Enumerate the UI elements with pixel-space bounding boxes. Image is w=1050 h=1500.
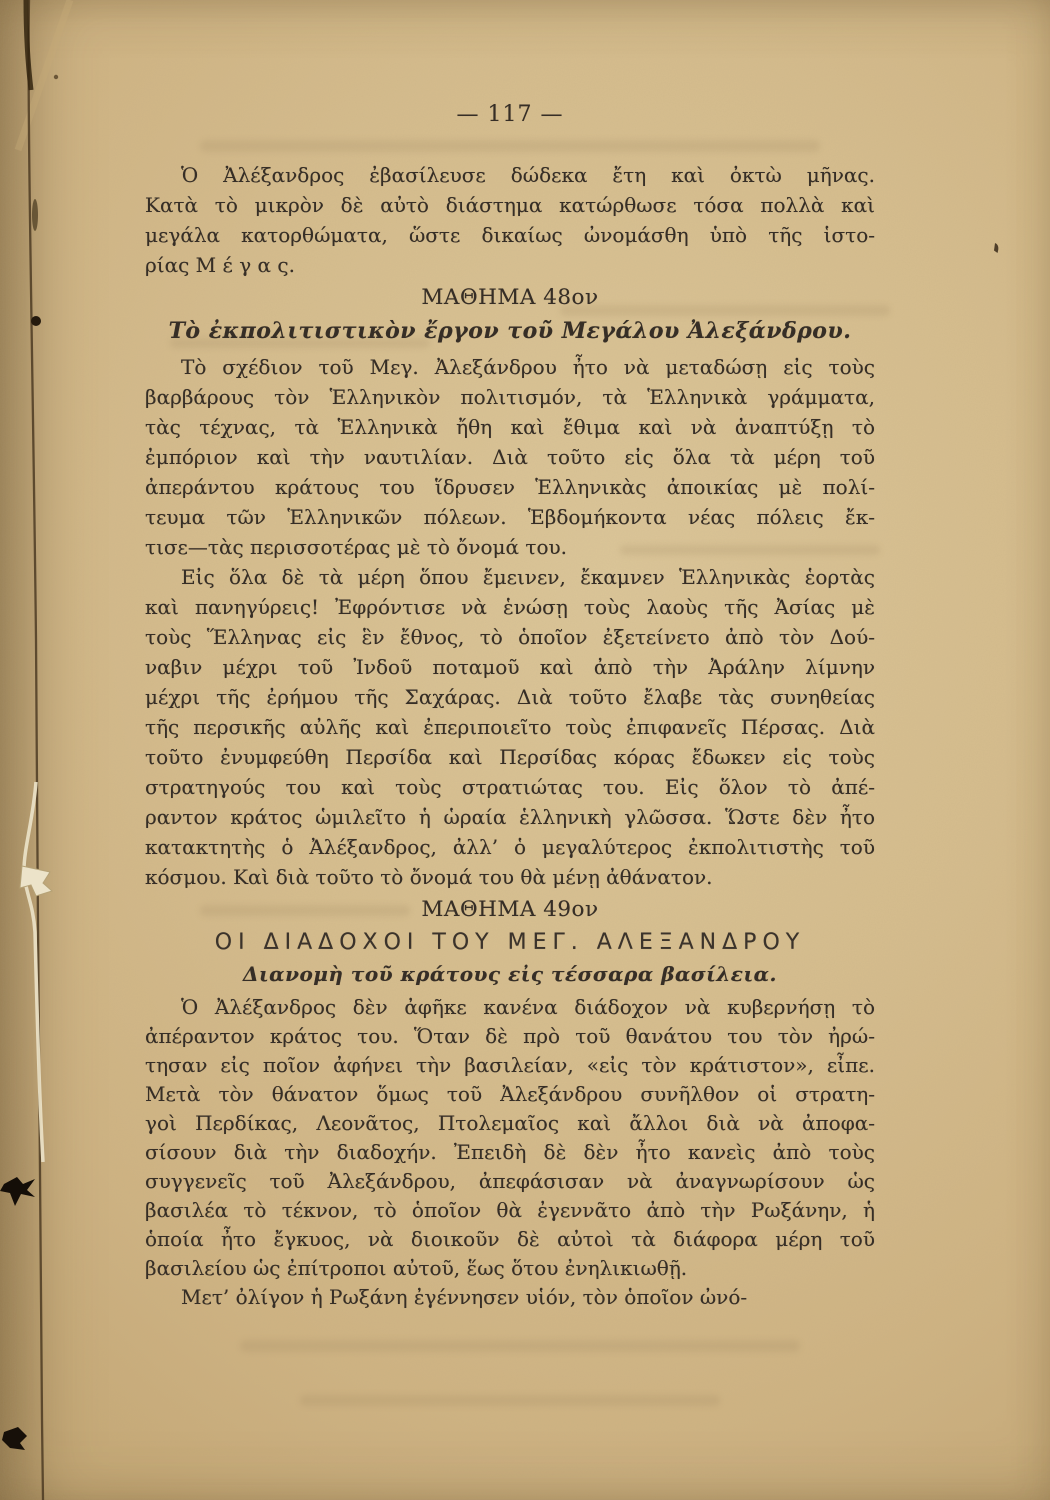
lesson-49-title: ΟΙ ΔΙΑΔΟΧΟΙ ΤΟΥ ΜΕΓ. ΑΛΕΞΑΝΔΡΟΥ [145, 927, 875, 959]
ink-blot-cross [0, 1177, 35, 1206]
book-page: — 117 — Ὁ Ἀλέξανδρος ἐβασίλευσε δώδεκα ἔ… [0, 0, 1050, 1500]
text-line: Τὸ σχέδιον τοῦ Μεγ. Ἀλεξάνδρου ἦτο νὰ με… [145, 352, 875, 382]
text-line: Ὁ Ἀλέξανδρος ἐβασίλευσε δώδεκα ἔτη καὶ ὀ… [145, 160, 875, 190]
text-line: ἀπέραντον κράτος του. Ὅταν δὲ πρὸ τοῦ θα… [145, 1022, 875, 1051]
text-line: γοὶ Περδίκας, Λεονᾶτος, Πτολεμαῖος καὶ ἄ… [145, 1109, 875, 1138]
lesson-49-heading: ΜΑΘΗΜΑ 49ον [145, 895, 875, 925]
paragraph-intro: Ὁ Ἀλέξανδρος ἐβασίλευσε δώδεκα ἔτη καὶ ὀ… [145, 160, 875, 280]
text-line: ἐμπόριον καὶ τὴν ναυτιλίαν. Διὰ τοῦτο εἰ… [145, 442, 875, 472]
text-line: Μετὰ τὸν θάνατον ὅμως τοῦ Ἀλεξάνδρου συν… [145, 1080, 875, 1109]
text-line: βασιλείου ὡς ἐπίτροποι αὐτοῦ, ἕως ὅτου ἐ… [145, 1254, 875, 1283]
paragraph-succession: Ὁ Ἀλέξανδρος δὲν ἀφῆκε κανένα διάδοχον ν… [145, 993, 875, 1283]
ink-blot-small [2, 1427, 27, 1450]
text-line: τὰς τέχνας, τὰ Ἑλληνικὰ ἤθη καὶ ἔθιμα κα… [145, 412, 875, 442]
paper-speck [54, 75, 58, 79]
lesson-48-heading: ΜΑΘΗΜΑ 48ον [145, 283, 875, 313]
paper-hole [31, 316, 41, 326]
text-line: τευμα τῶν Ἑλληνικῶν πόλεων. Ἑβδομήκοντα … [145, 502, 875, 532]
text-line: Ὁ Ἀλέξανδρος δὲν ἀφῆκε κανένα διάδοχον ν… [145, 993, 875, 1022]
binding-crease [29, 0, 43, 1500]
text-line: βαρβάρους τὸν Ἑλληνικὸν πολιτισμόν, τὰ Ἑ… [145, 382, 875, 412]
text-line: στρατηγούς του καὶ τοὺς στρατιώτας του. … [145, 772, 875, 802]
text-line: κόσμου. Καὶ διὰ τοῦτο τὸ ὄνομά του θὰ μέ… [145, 862, 875, 892]
text-line: σίσουν διὰ τὴν διαδοχήν. Ἐπειδὴ δὲ δὲν ἦ… [145, 1138, 875, 1167]
text-line: τῆς περσικῆς αὐλῆς καὶ ἐπεριποιεῖτο τοὺς… [145, 712, 875, 742]
text-line: Κατὰ τὸ μικρὸν δὲ αὐτὸ διάστημα κατώρθωσ… [145, 190, 875, 220]
text-line: τοὺς Ἕλληνας εἰς ἓν ἔθνος, τὸ ὁποῖον ἐξε… [145, 622, 875, 652]
text-line: ναβιν μέχρι τοῦ Ἰνδοῦ ποταμοῦ καὶ ἀπὸ τὴ… [145, 652, 875, 682]
lesson-48-title: Τὸ ἐκπολιτιστικὸν ἔργον τοῦ Μεγάλου Ἀλεξ… [145, 315, 875, 347]
paragraph-plan: Τὸ σχέδιον τοῦ Μεγ. Ἀλεξάνδρου ἦτο νὰ με… [145, 352, 875, 562]
text-line: κατακτητὴς ὁ Ἀλέξανδρος, ἀλλ’ ὁ μεγαλύτε… [145, 832, 875, 862]
paragraph-roxane: Μετ’ ὀλίγον ἡ Ρωξάνη ἐγέννησεν υἱόν, τὸν… [145, 1283, 875, 1312]
text-line: τισε—τὰς περισσοτέρας μὲ τὸ ὄνομά του. [145, 532, 875, 562]
text-line: Μετ’ ὀλίγον ἡ Ρωξάνη ἐγέννησεν υἱόν, τὸν… [145, 1283, 875, 1312]
bleedthrough-mark [240, 1340, 800, 1352]
text-line: καὶ πανηγύρεις! Ἐφρόντισε νὰ ἑνώσῃ τοὺς … [145, 592, 875, 622]
text-line: τησαν εἰς ποῖον ἀφήνει τὴν βασιλείαν, «ε… [145, 1051, 875, 1080]
text-line: Εἰς ὅλα δὲ τὰ μέρη ὅπου ἔμεινεν, ἔκαμνεν… [145, 562, 875, 592]
scanned-book-page: { "page": { "header": "— 117 —", "paper_… [0, 0, 1050, 1500]
text-line: ἀπεράντου κράτους του ἵδρυσεν Ἑλληνικὰς … [145, 472, 875, 502]
text-line: ὁποία ἦτο ἔγκυος, νὰ διοικοῦν δὲ αὐτοὶ τ… [145, 1225, 875, 1254]
text-line: τοῦτο ἐνυμφεύθη Περσίδα καὶ Περσίδας κόρ… [145, 742, 875, 772]
text-line: μεγάλα κατορθώματα, ὥστε δικαίως ὠνομάσθ… [145, 220, 875, 250]
paragraph-hellenism: Εἰς ὅλα δὲ τὰ μέρη ὅπου ἔμεινεν, ἔκαμνεν… [145, 562, 875, 892]
text-line: μέχρι τῆς ἐρήμου τῆς Σαχάρας. Διὰ τοῦτο … [145, 682, 875, 712]
text-line: βασιλέα τὸ τέκνον, τὸ ὁποῖον θὰ ἐγεννᾶτο… [145, 1196, 875, 1225]
text-line: ραντον κράτος ὡμιλεῖτο ἡ ὡραία ἑλληνικὴ … [145, 802, 875, 832]
binding-thread [24, 782, 43, 1162]
text-line: ρίας Μ έ γ α ς. [145, 250, 875, 280]
fold-crease [18, 0, 70, 150]
crease-shadow [32, 199, 38, 231]
page-number: — 117 — [145, 100, 875, 130]
margin-fleck [994, 243, 998, 253]
binding-thread-knot [20, 866, 52, 896]
text-line: συγγενεῖς τοῦ Ἀλεξάνδρου, ἀπεφάσισαν νὰ … [145, 1167, 875, 1196]
lesson-49-subtitle: Διανομὴ τοῦ κράτους εἰς τέσσαρα βασίλεια… [145, 959, 875, 989]
binding-crease-top [26, 0, 31, 90]
bleedthrough-mark [300, 1395, 720, 1406]
text-column: — 117 — Ὁ Ἀλέξανδρος ἐβασίλευσε δώδεκα ἔ… [145, 0, 875, 1312]
